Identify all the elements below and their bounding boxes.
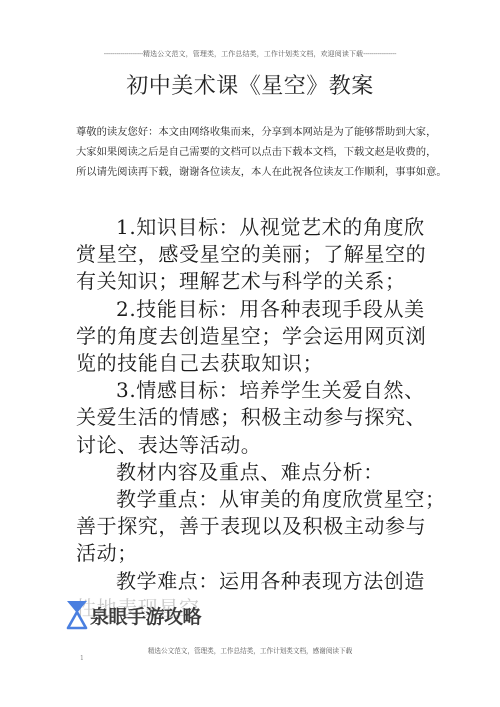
body-line: 教学难点：运用各种表现方法创造 [76, 568, 436, 595]
body-line: 讨论、表达等活动。 [76, 432, 436, 459]
section-heading: 教材内容及重点、难点分析： [76, 459, 436, 486]
header-banner-text: 精选公文范文，管理类，工作总结类，工作计划类文档，欢迎阅读下载 [143, 50, 363, 58]
body-line: 学的角度去创造星空；学会运用网页浏 [76, 323, 436, 350]
watermark: 泉眼手游攻略 [66, 598, 201, 632]
document-page: -------------------精选公文范文，管理类，工作总结类，工作计划… [0, 0, 500, 707]
header-dashes-right: ---------------- [363, 50, 396, 58]
page-title: 初中美术课《星空》教案 [0, 72, 500, 102]
body-line: 活动； [76, 540, 436, 567]
body-line: 览的技能自己去获取知识； [76, 350, 436, 377]
body-line: 2.技能目标：用各种表现手段从美 [76, 296, 436, 323]
body-line: 善于探究，善于表现以及积极主动参与 [76, 513, 436, 540]
body-line: 教学重点：从审美的角度欣赏星空； [76, 486, 436, 513]
intro-line: 大家如果阅读之后是自己需要的文档可以点击下载本文档，下载文赵是收费的， [76, 142, 446, 162]
body-line: 3.情感目标：培养学生关爱自然、 [76, 377, 436, 404]
document-body: 1.知识目标：从视觉艺术的角度欣 赏星空，感受星空的美丽；了解星空的 有关知识；… [76, 214, 436, 622]
body-line: 关爱生活的情感；积极主动参与探究、 [76, 404, 436, 431]
watermark-text: 泉眼手游攻略 [90, 602, 201, 629]
page-number: 1 [80, 655, 84, 662]
header-dashes-left: ------------------- [104, 50, 143, 58]
body-line: 赏星空，感受星空的美丽；了解星空的 [76, 241, 436, 268]
intro-notice: 尊敬的读友您好：本文由网络收集而来，分享到本网站是为了能够帮助到大家， 大家如果… [76, 122, 446, 182]
intro-line: 尊敬的读友您好：本文由网络收集而来，分享到本网站是为了能够帮助到大家， [76, 122, 446, 142]
footer-banner: 精选公文范文，管理类，工作总结类，工作计划类文档，感谢阅读下载 [0, 645, 500, 655]
blue-triangle-logo-icon [66, 600, 88, 630]
header-banner: -------------------精选公文范文，管理类，工作总结类，工作计划… [0, 49, 500, 59]
body-line: 有关知识；理解艺术与科学的关系； [76, 268, 436, 295]
body-line: 1.知识目标：从视觉艺术的角度欣 [76, 214, 436, 241]
intro-line: 所以请先阅读再下载，谢谢各位读友，本人在此祝各位读友工作顺利，事事如意。 [76, 162, 446, 182]
